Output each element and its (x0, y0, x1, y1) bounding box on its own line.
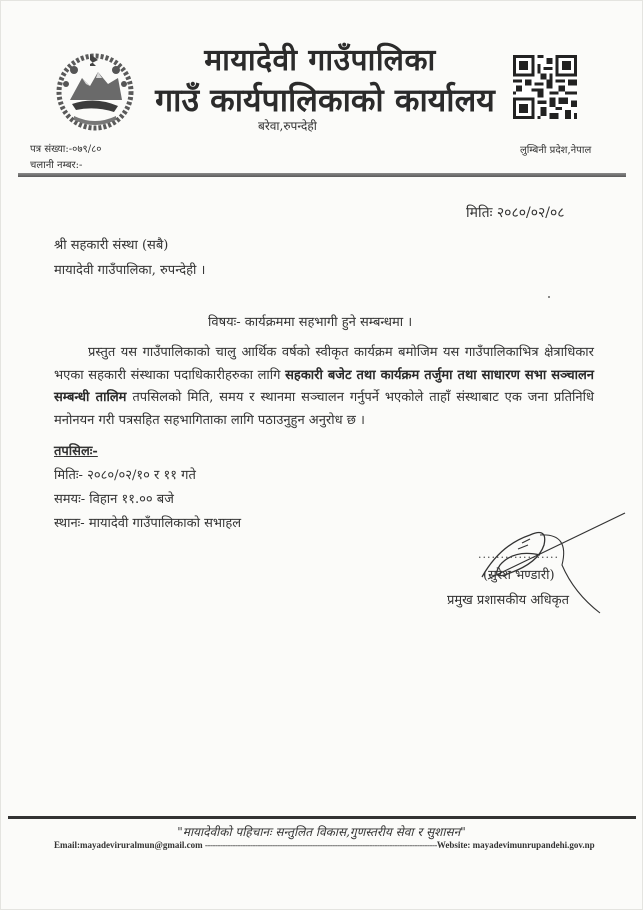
footer-website: Website: mayadevimunrupandehi.gov.np (437, 840, 595, 850)
letter-number: पत्र संख्या:-०७९/८० (30, 141, 102, 155)
details-time: समयः- विहान ११.०० बजे (54, 488, 241, 512)
office-address: बरेवा,रुपन्देही (258, 117, 317, 134)
addressee-line-2: मायादेवी गाउँपालिका, रुपन्देही । (54, 258, 205, 283)
footer-separator: ----------------------------------------… (205, 840, 437, 850)
details-block: तपसिलः- मितिः- २०८०/०२/१० र ११ गते समयः-… (54, 440, 241, 536)
municipality-name: मायादेवी गाउँपालिका (160, 38, 480, 79)
qr-code-icon (513, 55, 577, 119)
footer-email: Email:mayadeviruralmun@gmail.com (54, 840, 203, 850)
dispatch-number: चलानी नम्बर:- (30, 157, 82, 171)
details-heading: तपसिलः- (54, 440, 241, 464)
office-name: गाउँ कार्यपालिकाको कार्यालय (140, 78, 510, 121)
signatory-title: प्रमुख प्रशासकीय अधिकृत (447, 590, 569, 608)
footer-slogan: "मायादेवीको पहिचानः सन्तुलित विकास,गुणस्… (0, 823, 643, 840)
signature-line: .................. (478, 548, 559, 561)
subject-line: विषयः- कार्यक्रममा सहभागी हुने सम्बन्धमा… (208, 312, 412, 330)
nepal-emblem-icon (56, 48, 134, 132)
letter-date: मितिः २०८०/०२/०८ (466, 203, 565, 222)
addressee-line-1: श्री सहकारी संस्था (सबै) (54, 233, 205, 258)
footer-divider (8, 816, 636, 819)
header-divider (18, 173, 626, 177)
scan-speck (548, 296, 550, 298)
body-paragraph: प्रस्तुत यस गाउँपालिकाको चालु आर्थिक वर्… (54, 342, 594, 432)
details-venue: स्थानः- मायादेवी गाउँपालिकाको सभाहल (54, 512, 241, 536)
addressee-block: श्री सहकारी संस्था (सबै) मायादेवी गाउँपा… (54, 233, 205, 283)
footer-contact: Email:mayadeviruralmun@gmail.com -------… (54, 840, 614, 850)
signatory-name: (सुरेश भण्डारी) (483, 565, 555, 583)
province-label: लुम्बिनी प्रदेश,नेपाल (520, 142, 591, 156)
details-date: मितिः- २०८०/०२/१० र ११ गते (54, 464, 241, 488)
body-text-2: तपसिलको मिति, समय र स्थानमा सञ्चालन गर्न… (54, 390, 594, 428)
